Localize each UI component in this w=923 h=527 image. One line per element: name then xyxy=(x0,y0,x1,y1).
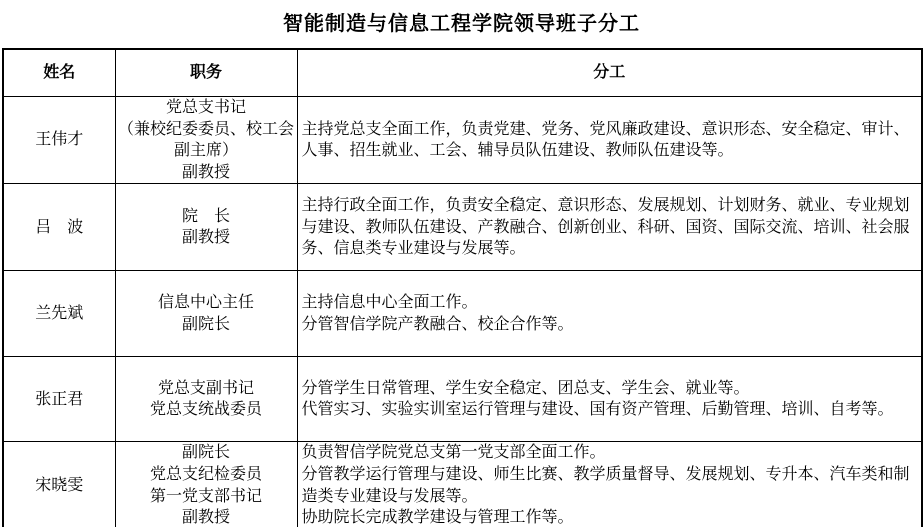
table-row: 吕 波 院 长 副教授 主持行政全面工作，负责安全稳定、意识形态、发展规划、计划… xyxy=(3,184,922,271)
table-row: 兰先斌 信息中心主任 副院长 主持信息中心全面工作。 分管智信学院产教融合、校企… xyxy=(3,271,922,357)
header-cell-duty: 分工 xyxy=(297,49,922,97)
document-title: 智能制造与信息工程学院领导班子分工 xyxy=(0,0,923,36)
duty-cell: 负责智信学院党总支第一党支部全面工作。 分管教学运行管理与建设、师生比赛、教学质… xyxy=(297,442,922,527)
name-cell: 王伟才 xyxy=(3,97,115,184)
document-page: 智能制造与信息工程学院领导班子分工 姓名 职务 分工 王伟才 党总支书记 （兼校… xyxy=(0,0,923,527)
name-cell: 张正君 xyxy=(3,357,115,442)
leadership-assignment-table: 姓名 职务 分工 王伟才 党总支书记 （兼校纪委委员、校工会 副主席） 副教授 … xyxy=(2,48,923,527)
table-row: 王伟才 党总支书记 （兼校纪委委员、校工会 副主席） 副教授 主持党总支全面工作… xyxy=(3,97,922,184)
header-cell-name: 姓名 xyxy=(3,49,115,97)
table-header-row: 姓名 职务 分工 xyxy=(3,49,922,97)
name-cell: 宋晓雯 xyxy=(3,442,115,527)
position-cell: 党总支书记 （兼校纪委委员、校工会 副主席） 副教授 xyxy=(115,97,297,184)
duty-cell: 主持信息中心全面工作。 分管智信学院产教融合、校企合作等。 xyxy=(297,271,922,357)
table-row: 宋晓雯 副院长 党总支纪检委员 第一党支部书记 副教授 负责智信学院党总支第一党… xyxy=(3,442,922,527)
header-cell-position: 职务 xyxy=(115,49,297,97)
name-cell: 兰先斌 xyxy=(3,271,115,357)
duty-cell: 主持行政全面工作，负责安全稳定、意识形态、发展规划、计划财务、就业、专业规划与建… xyxy=(297,184,922,271)
duty-cell: 分管学生日常管理、学生安全稳定、团总支、学生会、就业等。 代管实习、实验实训室运… xyxy=(297,357,922,442)
position-cell: 信息中心主任 副院长 xyxy=(115,271,297,357)
position-cell: 党总支副书记 党总支统战委员 xyxy=(115,357,297,442)
table-row: 张正君 党总支副书记 党总支统战委员 分管学生日常管理、学生安全稳定、团总支、学… xyxy=(3,357,922,442)
position-cell: 副院长 党总支纪检委员 第一党支部书记 副教授 xyxy=(115,442,297,527)
name-cell: 吕 波 xyxy=(3,184,115,271)
position-cell: 院 长 副教授 xyxy=(115,184,297,271)
duty-cell: 主持党总支全面工作，负责党建、党务、党风廉政建设、意识形态、安全稳定、审计、人事… xyxy=(297,97,922,184)
